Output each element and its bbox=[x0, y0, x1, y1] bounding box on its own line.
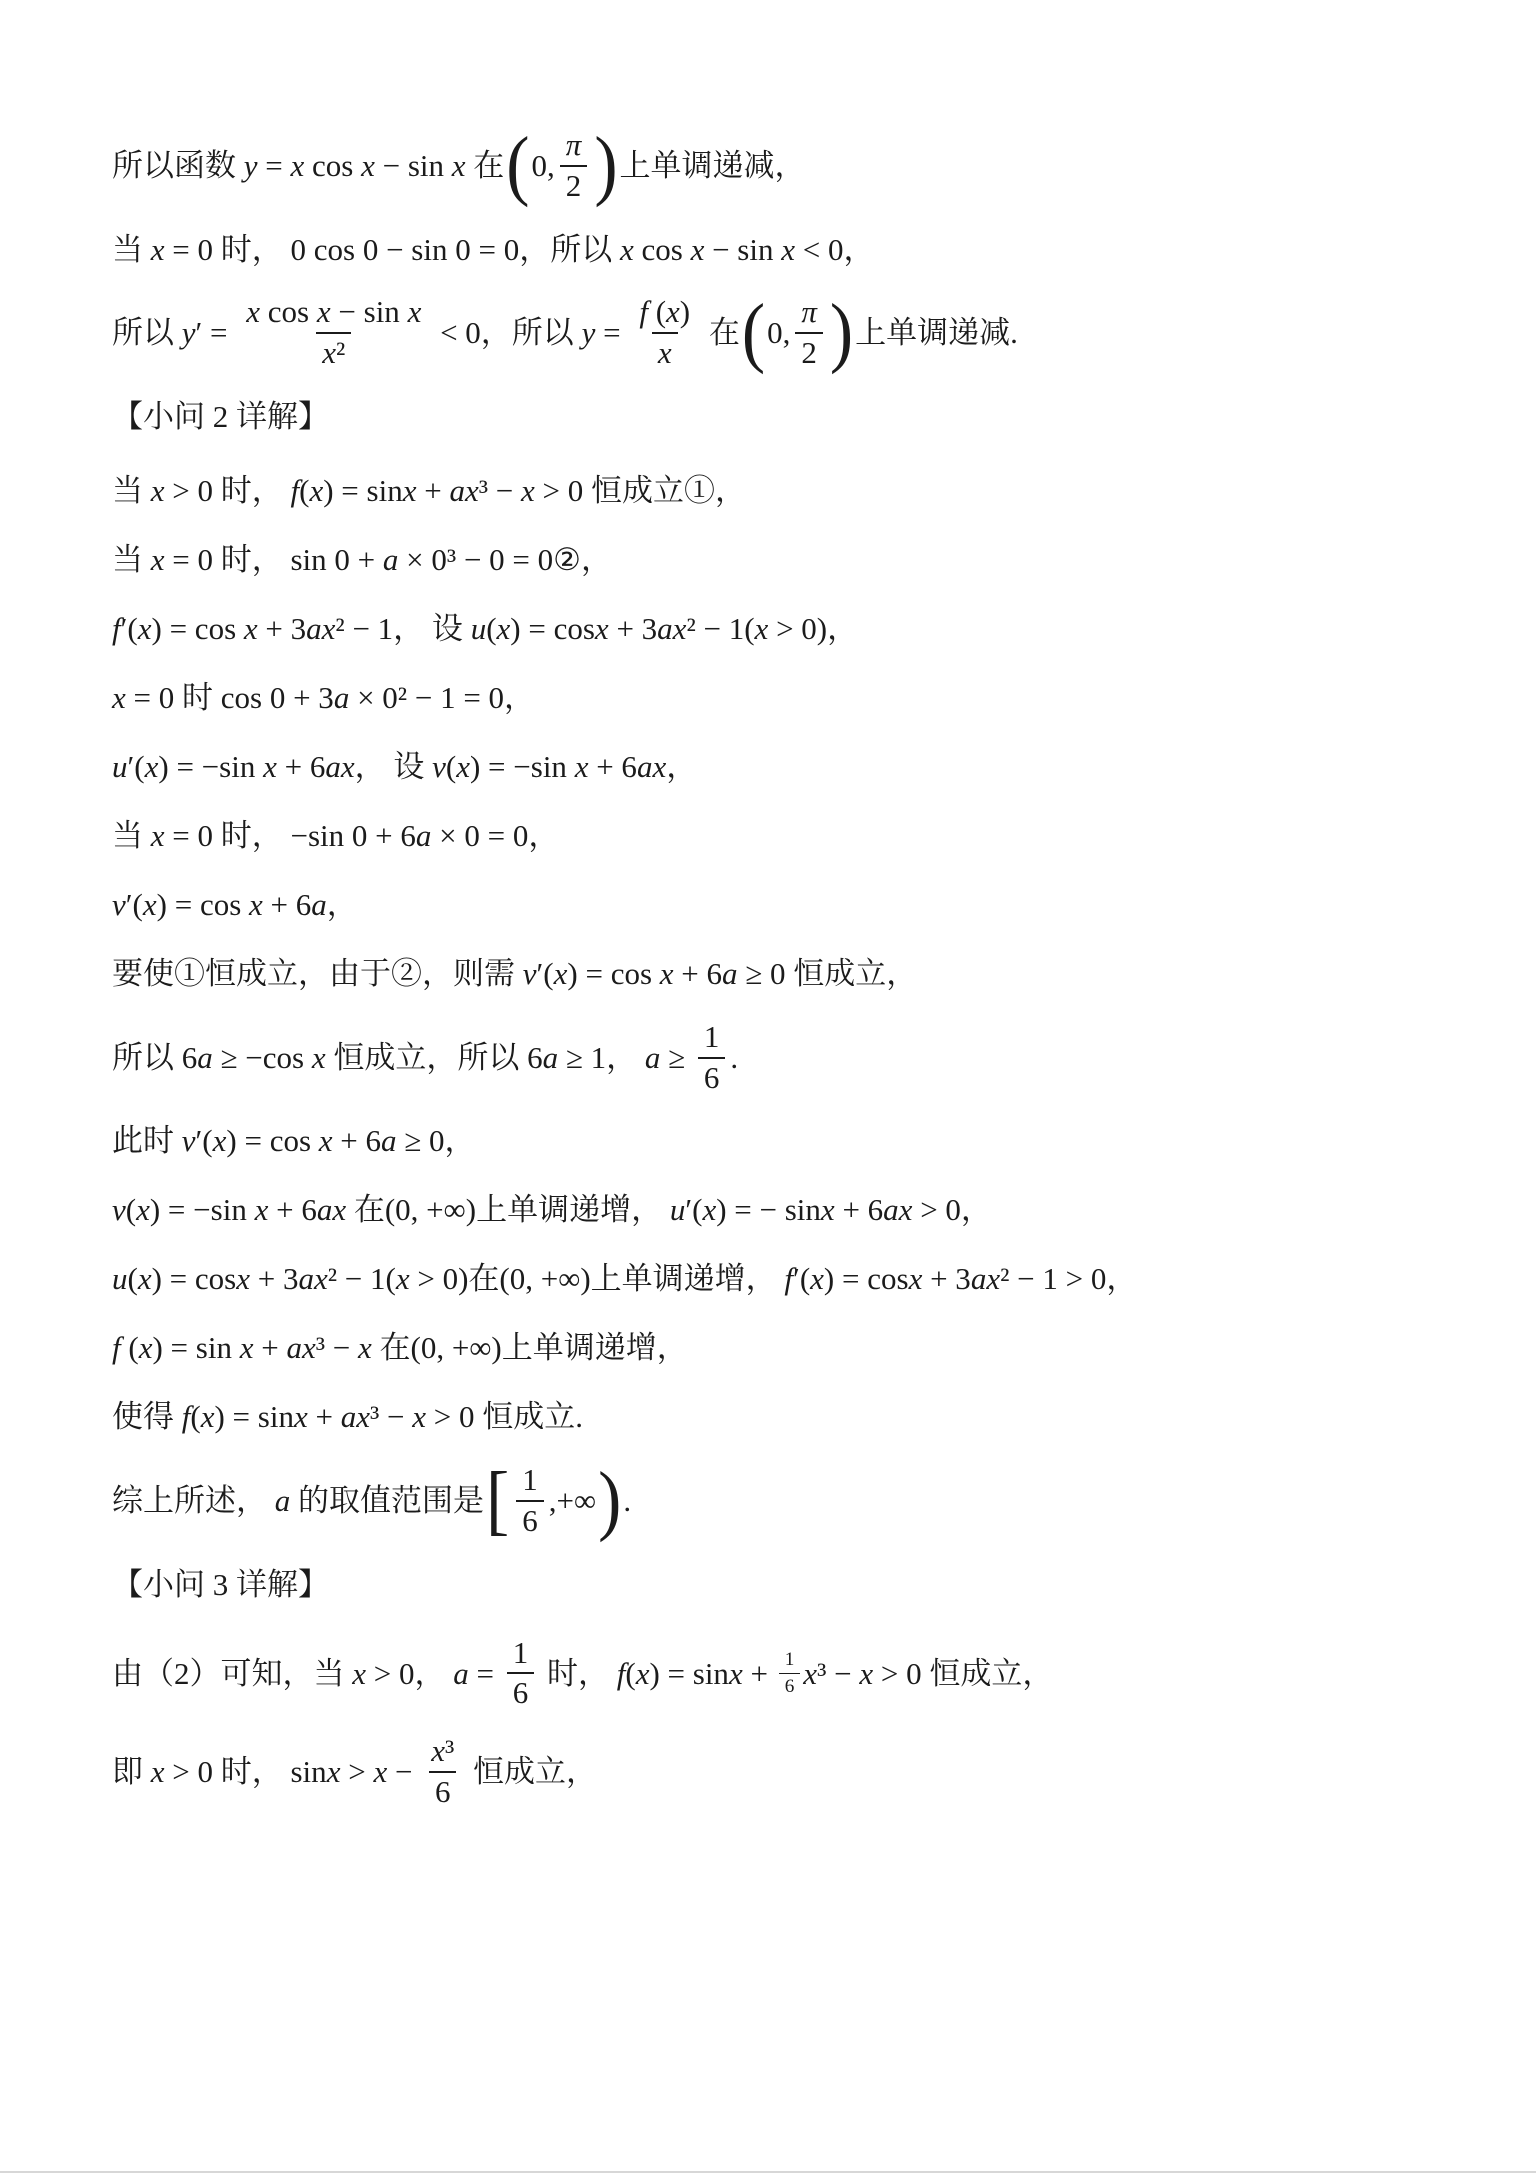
math-variable: x bbox=[554, 953, 568, 995]
fraction-denominator: 6 bbox=[779, 1673, 801, 1698]
math-variable: a bbox=[334, 677, 350, 719]
text-run: ,+∞ bbox=[549, 1480, 596, 1522]
text-run: + bbox=[743, 1653, 776, 1695]
text-run: ³ bbox=[445, 1734, 454, 1769]
math-variable: x bbox=[263, 746, 277, 788]
math-variable: f bbox=[639, 295, 648, 330]
text-run: ) = −sin bbox=[158, 746, 263, 788]
text-run: ′( bbox=[793, 1258, 810, 1300]
formula-line: 要使①恒成立，由于②，则需 v′(x) = cos x + 6a ≥ 0 恒成立… bbox=[112, 951, 1446, 997]
math-variable: x bbox=[361, 145, 375, 187]
text-run: + 6 bbox=[268, 1189, 316, 1231]
text-run: 【小问 2 详解】 bbox=[112, 396, 329, 438]
math-variable: x bbox=[521, 470, 535, 512]
text-run: ， bbox=[666, 746, 697, 788]
text-run: ² − 1( bbox=[686, 608, 754, 650]
text-run: + 3 bbox=[922, 1258, 970, 1300]
math-variable: ax bbox=[637, 746, 666, 788]
math-variable: x bbox=[358, 1327, 372, 1369]
fraction-denominator: 2 bbox=[560, 165, 588, 204]
fraction: x cos x − sin xx² bbox=[240, 295, 427, 370]
formula-line: 由（2）可知，当 x > 0， a = 16 时， f(x) = sinx + … bbox=[112, 1636, 1446, 1711]
math-variable: x bbox=[240, 1327, 254, 1369]
text-run: 所以函数 bbox=[112, 145, 244, 187]
text-run: + 6 bbox=[588, 746, 636, 788]
math-variable: v bbox=[432, 746, 446, 788]
text-run: − sin bbox=[331, 295, 408, 330]
fraction: π2 bbox=[560, 128, 588, 203]
fraction-numerator: π bbox=[795, 295, 823, 332]
text-run: ′( bbox=[121, 608, 138, 650]
big-delimiter: ( bbox=[742, 294, 765, 372]
math-variable: x bbox=[201, 1396, 215, 1438]
text-run: ² − 1( bbox=[328, 1258, 396, 1300]
math-variable: x bbox=[755, 608, 769, 650]
text-run: 此时 bbox=[112, 1120, 182, 1162]
math-variable: x bbox=[136, 1189, 150, 1231]
math-variable: y bbox=[582, 312, 596, 354]
formula-line: f′(x) = cos x + 3ax² − 1， 设 u(x) = cosx … bbox=[112, 606, 1446, 652]
math-variable: f bbox=[784, 1258, 793, 1300]
text-run: ) = sin bbox=[649, 1653, 728, 1695]
math-variable: x bbox=[408, 295, 422, 330]
text-run: 在(0, +∞)上单调递增， bbox=[372, 1327, 688, 1369]
text-run: ( bbox=[128, 1258, 138, 1300]
math-variable: x bbox=[431, 1734, 445, 1769]
text-run: − bbox=[387, 1751, 420, 1793]
text-run: ² − 1 > 0， bbox=[1000, 1258, 1137, 1300]
formula-line: 此时 v′(x) = cos x + 6a ≥ 0， bbox=[112, 1118, 1446, 1164]
math-variable: x bbox=[139, 1327, 153, 1369]
text-run: + bbox=[416, 470, 449, 512]
math-variable: ax bbox=[306, 608, 335, 650]
math-variable: x bbox=[729, 1653, 743, 1695]
math-variable: x bbox=[691, 229, 705, 271]
text-run: × 0² − 1 = 0， bbox=[349, 677, 535, 719]
text-run: ≥ 1， bbox=[558, 1037, 645, 1079]
math-variable: x bbox=[327, 1751, 341, 1793]
math-variable: x bbox=[138, 1258, 152, 1300]
text-run: = bbox=[469, 1653, 502, 1695]
text-run: ( bbox=[648, 295, 666, 330]
text-run: 恒成立，所以 6 bbox=[326, 1037, 543, 1079]
text-run: ) = cos bbox=[824, 1258, 909, 1300]
text-run: 要使①恒成立，由于②，则需 bbox=[112, 953, 523, 995]
text-run: ( bbox=[625, 1653, 635, 1695]
math-variable: x bbox=[151, 1751, 165, 1793]
formula-line: 综上所述， a 的取值范围是[16,+∞). bbox=[112, 1463, 1446, 1538]
text-run: 0, bbox=[767, 312, 790, 354]
text-run: − sin bbox=[704, 229, 781, 271]
math-variable: x bbox=[620, 229, 634, 271]
text-run: × 0³ − 0 = 0②， bbox=[398, 539, 612, 581]
formula-line: 所以 6a ≥ −cos x 恒成立，所以 6a ≥ 1， a ≥ 16. bbox=[112, 1020, 1446, 1095]
math-variable: u bbox=[670, 1189, 686, 1231]
text-run: × 0 = 0， bbox=[431, 815, 559, 857]
big-delimiter: ( bbox=[506, 127, 529, 205]
math-variable: ax bbox=[883, 1189, 912, 1231]
text-run: ² bbox=[336, 336, 345, 371]
math-variable: f bbox=[112, 1327, 121, 1369]
math-variable: x bbox=[403, 470, 417, 512]
math-variable: x bbox=[595, 608, 609, 650]
text-run: ³ − bbox=[370, 1396, 412, 1438]
text-run: > bbox=[340, 1751, 373, 1793]
math-variable: ax bbox=[971, 1258, 1000, 1300]
text-run: ) = sin bbox=[323, 470, 402, 512]
formula-line: 当 x = 0 时， −sin 0 + 6a × 0 = 0， bbox=[112, 813, 1446, 859]
formula-line: v(x) = −sin x + 6ax 在(0, +∞)上单调递增， u′(x)… bbox=[112, 1187, 1446, 1233]
math-variable: x bbox=[255, 1189, 269, 1231]
math-variable: x bbox=[309, 470, 323, 512]
math-variable: x bbox=[244, 608, 258, 650]
formula-line: x = 0 时 cos 0 + 3a × 0² − 1 = 0， bbox=[112, 675, 1446, 721]
math-variable: x bbox=[249, 884, 263, 926]
text-run: ′( bbox=[128, 746, 145, 788]
text-run: 2 bbox=[566, 169, 582, 204]
fraction-numerator: 1 bbox=[779, 1649, 801, 1673]
text-run: ) = − sin bbox=[716, 1189, 821, 1231]
text-run: = 0 时 cos 0 + 3 bbox=[126, 677, 334, 719]
text-run: 当 bbox=[112, 229, 151, 271]
text-run: . bbox=[730, 1037, 738, 1079]
fraction-denominator: 6 bbox=[516, 1500, 544, 1539]
math-variable: y bbox=[244, 145, 258, 187]
math-variable: π bbox=[566, 128, 582, 163]
text-run: + 6 bbox=[835, 1189, 883, 1231]
text-run: 恒成立， bbox=[465, 1751, 597, 1793]
text-run: ³ − bbox=[479, 470, 521, 512]
text-run: 上单调递减. bbox=[855, 312, 1018, 354]
text-run: ( bbox=[446, 746, 456, 788]
math-variable: f bbox=[112, 608, 121, 650]
math-variable: a bbox=[311, 884, 327, 926]
text-run: 在(0, +∞)上单调递增， bbox=[346, 1189, 670, 1231]
math-variable: x bbox=[636, 1653, 650, 1695]
formula-line: f (x) = sin x + ax³ − x 在(0, +∞)上单调递增， bbox=[112, 1325, 1446, 1371]
math-variable: x bbox=[497, 608, 511, 650]
text-run: . bbox=[623, 1480, 631, 1522]
document-page: 所以函数 y = x cos x − sin x 在(0,π2)上单调递减，当 … bbox=[0, 0, 1536, 2175]
text-run: ′( bbox=[685, 1189, 702, 1231]
math-variable: x bbox=[138, 608, 152, 650]
math-variable: ax bbox=[325, 746, 354, 788]
math-variable: v bbox=[112, 1189, 126, 1231]
math-variable: a bbox=[381, 1120, 397, 1162]
text-run: ) = cos bbox=[152, 1258, 237, 1300]
math-variable: x bbox=[575, 746, 589, 788]
math-variable: x bbox=[213, 1120, 227, 1162]
text-run: ′ = bbox=[196, 312, 236, 354]
text-run: > 0 恒成立. bbox=[426, 1396, 583, 1438]
section-heading: 【小问 2 详解】 bbox=[112, 394, 1446, 440]
math-variable: a bbox=[197, 1037, 213, 1079]
text-run: 当 bbox=[112, 470, 151, 512]
text-run: 由（2）可知，当 bbox=[112, 1653, 352, 1695]
text-run: 6 bbox=[785, 1676, 795, 1698]
formula-line: u′(x) = −sin x + 6ax， 设 v(x) = −sin x + … bbox=[112, 744, 1446, 790]
text-run: ) = sin bbox=[214, 1396, 293, 1438]
text-run: + bbox=[253, 1327, 286, 1369]
text-run: 6 bbox=[435, 1775, 451, 1810]
math-variable: a bbox=[543, 1037, 559, 1079]
text-run: 使得 bbox=[112, 1396, 182, 1438]
math-variable: v bbox=[112, 884, 126, 926]
text-run: > 0 时， bbox=[165, 470, 291, 512]
fraction-numerator: 1 bbox=[516, 1463, 544, 1500]
math-variable: x bbox=[859, 1653, 873, 1695]
math-variable: v bbox=[182, 1120, 196, 1162]
fraction-denominator: 6 bbox=[429, 1771, 457, 1810]
math-variable: a bbox=[453, 1653, 469, 1695]
formula-line: 当 x = 0 时， sin 0 + a × 0³ − 0 = 0②， bbox=[112, 537, 1446, 583]
formula-line: 所以函数 y = x cos x − sin x 在(0,π2)上单调递减， bbox=[112, 128, 1446, 203]
formula-line: 当 x > 0 时， f(x) = sinx + ax³ − x > 0 恒成立… bbox=[112, 468, 1446, 514]
math-variable: ax bbox=[341, 1396, 370, 1438]
math-variable: x bbox=[151, 229, 165, 271]
math-variable: a bbox=[416, 815, 432, 857]
math-variable: x bbox=[396, 1258, 410, 1300]
math-variable: ax bbox=[657, 608, 686, 650]
text-run: 2 bbox=[801, 336, 817, 371]
text-run: ³ − bbox=[817, 1653, 859, 1695]
math-variable: x bbox=[151, 815, 165, 857]
math-variable: a bbox=[275, 1480, 291, 1522]
math-variable: x bbox=[112, 677, 126, 719]
math-variable: y bbox=[182, 312, 196, 354]
text-run: ) = cos bbox=[567, 953, 659, 995]
math-variable: x bbox=[352, 1653, 366, 1695]
math-variable: x bbox=[412, 1396, 426, 1438]
formula-line: 使得 f(x) = sinx + ax³ − x > 0 恒成立. bbox=[112, 1394, 1446, 1440]
math-variable: x bbox=[702, 1189, 716, 1231]
text-run: > 0)， bbox=[768, 608, 858, 650]
page-bottom-edge bbox=[0, 2171, 1536, 2173]
fraction-denominator: 2 bbox=[795, 332, 823, 371]
math-variable: x bbox=[803, 1653, 817, 1695]
fraction-numerator: x³ bbox=[425, 1734, 460, 1771]
text-run: 上单调递减， bbox=[620, 145, 806, 187]
text-run: ) = −sin bbox=[150, 1189, 255, 1231]
math-variable: x bbox=[246, 295, 260, 330]
text-run: 时， bbox=[539, 1653, 617, 1695]
text-run: = 0 时， −sin 0 + 6 bbox=[165, 815, 416, 857]
big-delimiter: [ bbox=[486, 1462, 509, 1540]
text-run: ) = cos bbox=[510, 608, 595, 650]
text-run: ) = sin bbox=[152, 1327, 239, 1369]
math-variable: x bbox=[151, 539, 165, 581]
text-run: ² − 1， 设 bbox=[335, 608, 470, 650]
fraction-denominator: 6 bbox=[507, 1672, 535, 1711]
math-variable: x bbox=[658, 336, 672, 371]
fraction: 16 bbox=[779, 1649, 801, 1697]
text-run: > 0 恒成立①， bbox=[535, 470, 746, 512]
text-run: ≥ 0 恒成立， bbox=[738, 953, 918, 995]
math-variable: x bbox=[236, 1258, 250, 1300]
text-run: ( bbox=[126, 1189, 136, 1231]
math-variable: x bbox=[666, 295, 680, 330]
text-run: 1 bbox=[513, 1636, 529, 1671]
math-variable: x bbox=[452, 145, 466, 187]
math-variable: x bbox=[143, 884, 157, 926]
fraction-numerator: f (x) bbox=[633, 295, 696, 332]
text-run: ， bbox=[327, 884, 358, 926]
text-run: > 0， bbox=[912, 1189, 991, 1231]
text-run: + 3 bbox=[250, 1258, 298, 1300]
math-variable: ax bbox=[317, 1189, 346, 1231]
text-run: ( bbox=[486, 608, 496, 650]
text-run: − sin bbox=[375, 145, 452, 187]
text-run: 6 bbox=[513, 1676, 529, 1711]
formula-line: 即 x > 0 时， sinx > x − x³6 恒成立， bbox=[112, 1734, 1446, 1809]
math-variable: x bbox=[317, 295, 331, 330]
text-run: + 6 bbox=[333, 1120, 381, 1162]
math-variable: π bbox=[801, 295, 817, 330]
math-variable: a bbox=[722, 953, 738, 995]
math-variable: x bbox=[781, 229, 795, 271]
text-run: < 0，所以 bbox=[432, 312, 581, 354]
fraction: 16 bbox=[698, 1020, 726, 1095]
text-run: ≥ 0， bbox=[397, 1120, 476, 1162]
text-run: = 0 时， 0 cos 0 − sin 0 = 0，所以 bbox=[165, 229, 620, 271]
text-run: 在 bbox=[701, 312, 740, 354]
text-run: ) bbox=[680, 295, 690, 330]
text-run: 6 bbox=[704, 1061, 720, 1096]
fraction-numerator: x cos x − sin x bbox=[240, 295, 427, 332]
fraction-numerator: π bbox=[560, 128, 588, 165]
text-run: 综上所述， bbox=[112, 1480, 275, 1522]
math-variable: ax bbox=[298, 1258, 327, 1300]
text-run: 在 bbox=[466, 145, 505, 187]
math-variable: ax bbox=[449, 470, 478, 512]
math-variable: x bbox=[373, 1751, 387, 1793]
formula-line: 当 x = 0 时， 0 cos 0 − sin 0 = 0，所以 x cos … bbox=[112, 226, 1446, 272]
text-run: ) = −sin bbox=[470, 746, 575, 788]
text-run: 【小问 3 详解】 bbox=[112, 1564, 329, 1606]
text-run: ′( bbox=[537, 953, 554, 995]
section-heading: 【小问 3 详解】 bbox=[112, 1562, 1446, 1608]
text-run: ) = cos bbox=[152, 608, 244, 650]
math-variable: a bbox=[383, 539, 399, 581]
math-variable: x bbox=[145, 746, 159, 788]
text-run: + bbox=[308, 1396, 341, 1438]
text-run: ) = cos bbox=[157, 884, 249, 926]
text-run: ( bbox=[299, 470, 309, 512]
math-variable: u bbox=[112, 1258, 128, 1300]
math-variable: x bbox=[312, 1037, 326, 1079]
big-delimiter: ) bbox=[594, 127, 617, 205]
big-delimiter: ) bbox=[598, 1462, 621, 1540]
text-run: = bbox=[595, 312, 628, 354]
fraction-denominator: 6 bbox=[698, 1057, 726, 1096]
math-variable: v bbox=[523, 953, 537, 995]
math-variable: x bbox=[456, 746, 470, 788]
math-variable: x bbox=[322, 336, 336, 371]
formula-line: 所以 y′ = x cos x − sin xx² < 0，所以 y = f (… bbox=[112, 295, 1446, 370]
math-variable: ax bbox=[286, 1327, 315, 1369]
math-variable: x bbox=[810, 1258, 824, 1300]
text-run: > 0)在(0, +∞)上单调递增， bbox=[410, 1258, 785, 1300]
text-run: < 0， bbox=[795, 229, 874, 271]
fraction-denominator: x² bbox=[316, 332, 351, 371]
formula-line: v′(x) = cos x + 6a， bbox=[112, 882, 1446, 928]
text-run: 所以 bbox=[112, 312, 182, 354]
math-variable: x bbox=[291, 145, 305, 187]
text-run: + 3 bbox=[609, 608, 657, 650]
fraction-numerator: 1 bbox=[698, 1020, 726, 1057]
text-run: ≥ bbox=[660, 1037, 693, 1079]
text-run: ) = cos bbox=[226, 1120, 318, 1162]
fraction: x³6 bbox=[425, 1734, 460, 1809]
text-run: + 6 bbox=[674, 953, 722, 995]
math-variable: f bbox=[617, 1653, 626, 1695]
text-run: cos bbox=[304, 145, 361, 187]
text-run: 1 bbox=[785, 1649, 795, 1671]
text-run: ³ − bbox=[316, 1327, 358, 1369]
big-delimiter: ) bbox=[830, 294, 853, 372]
fraction-denominator: x bbox=[652, 332, 678, 371]
fraction: 16 bbox=[507, 1636, 535, 1711]
text-run: 当 bbox=[112, 539, 151, 581]
text-run: 当 bbox=[112, 815, 151, 857]
fraction-numerator: 1 bbox=[507, 1636, 535, 1673]
text-run: 1 bbox=[522, 1463, 538, 1498]
text-run: = 0 时， sin 0 + bbox=[165, 539, 383, 581]
math-variable: f bbox=[291, 470, 300, 512]
text-run: + 6 bbox=[277, 746, 325, 788]
text-run: ( bbox=[190, 1396, 200, 1438]
fraction: 16 bbox=[516, 1463, 544, 1538]
text-run: 6 bbox=[522, 1504, 538, 1539]
math-variable: x bbox=[319, 1120, 333, 1162]
text-run: 即 bbox=[112, 1751, 151, 1793]
text-run: = bbox=[258, 145, 291, 187]
text-run: 的取值范围是 bbox=[290, 1480, 484, 1522]
math-variable: u bbox=[471, 608, 487, 650]
math-variable: x bbox=[294, 1396, 308, 1438]
text-run: > 0 时， sin bbox=[165, 1751, 327, 1793]
text-run: > 0 恒成立， bbox=[873, 1653, 1053, 1695]
math-variable: a bbox=[645, 1037, 661, 1079]
text-run: ， 设 bbox=[355, 746, 433, 788]
fraction: π2 bbox=[795, 295, 823, 370]
formula-line: u(x) = cosx + 3ax² − 1(x > 0)在(0, +∞)上单调… bbox=[112, 1256, 1446, 1302]
text-run: ( bbox=[121, 1327, 139, 1369]
math-variable: u bbox=[112, 746, 128, 788]
text-run: + 6 bbox=[263, 884, 311, 926]
text-run: ′( bbox=[126, 884, 143, 926]
text-run: + 3 bbox=[258, 608, 306, 650]
text-run: 所以 6 bbox=[112, 1037, 197, 1079]
math-variable: x bbox=[821, 1189, 835, 1231]
text-run: cos bbox=[634, 229, 691, 271]
math-variable: x bbox=[151, 470, 165, 512]
text-run: 1 bbox=[704, 1020, 720, 1055]
text-run: ≥ −cos bbox=[213, 1037, 312, 1079]
text-run: 0, bbox=[532, 145, 555, 187]
math-variable: f bbox=[182, 1396, 191, 1438]
text-run: > 0， bbox=[366, 1653, 453, 1695]
text-run: cos bbox=[260, 295, 317, 330]
math-content: 所以函数 y = x cos x − sin x 在(0,π2)上单调递减，当 … bbox=[0, 0, 1536, 1810]
math-variable: x bbox=[909, 1258, 923, 1300]
fraction: f (x)x bbox=[633, 295, 696, 370]
text-run: ′( bbox=[196, 1120, 213, 1162]
math-variable: x bbox=[660, 953, 674, 995]
